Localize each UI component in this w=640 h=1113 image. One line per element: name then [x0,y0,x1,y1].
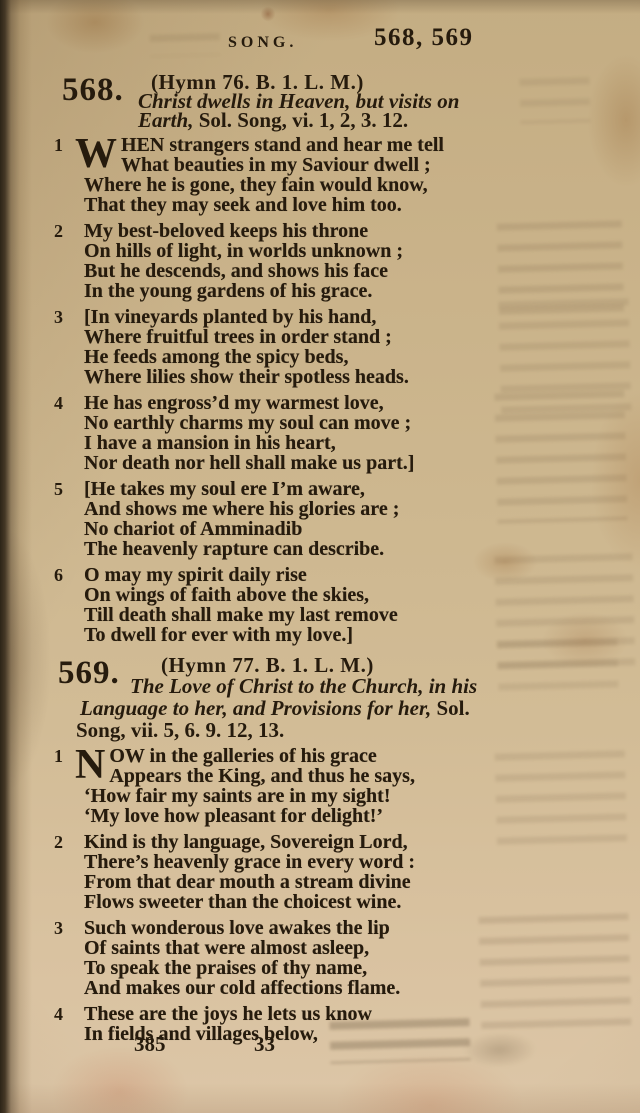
signature-mark: 33 [254,1032,275,1057]
verse-line: And shows me where his glories are ; [84,499,640,519]
verse-body: Such wonderous love awakes the lipOf sai… [84,918,640,998]
verse-number: 4 [54,393,84,473]
drop-cap: N [75,747,105,784]
verse-line: And makes our cold affections flame. [84,978,640,998]
verse-line: Where he is gone, they fain would know, [84,175,640,195]
verse-line: [In vineyards planted by his hand, [84,307,640,327]
title-roman: Song, vii. 5, 6. 9. 12, 13. [76,718,284,742]
title-italic: Earth, [138,108,193,132]
title-italic: The Love of Christ to the Church, in his [130,674,477,698]
hymn-title-line: Earth, Sol. Song, vi. 1, 2, 3. 12. [138,111,640,130]
verse-line: He feeds among the spicy beds, [84,347,640,367]
verse-body: [In vineyards planted by his hand,Where … [84,307,640,387]
hymn-569-verses: 1NOW in the galleries of his graceAppear… [0,746,640,1044]
running-head: SONG. 568, 569 [0,0,640,60]
verse-line: I have a mansion in his heart, [84,433,640,453]
verse-line: On wings of faith above the skies, [84,585,640,605]
verse-line: Till death shall make my last remove [84,605,640,625]
verse-line: HEN strangers stand and hear me tell [84,135,640,155]
verse-line: Nor death nor hell shall make us part.] [84,453,640,473]
verse-line: ‘How fair my saints are in my sight! [84,786,640,806]
verse-line: OW in the galleries of his grace [84,746,640,766]
hymn-number: 568. [62,75,124,105]
verse-line: ‘My love how pleasant for delight!’ [84,806,640,826]
verse: 1NOW in the galleries of his graceAppear… [54,746,640,826]
hymn-number-range: 568, 569 [374,24,474,52]
verse-number: 3 [54,307,84,387]
verse-number: 6 [54,565,84,645]
verse: 1WHEN strangers stand and hear me tellWh… [54,135,640,215]
verse-number: 5 [54,479,84,559]
verse-line: To speak the praises of thy name, [84,958,640,978]
verse-line: What beauties in my Saviour dwell ; [84,155,640,175]
verse-line: From that dear mouth a stream divine [84,872,640,892]
verse-number: 2 [54,221,84,301]
verse-line: That they may seek and love him too. [84,195,640,215]
hymn-meta: (Hymn 77. B. 1. L. M.) [161,655,640,675]
hymn-568: 568. (Hymn 76. B. 1. L. M.) Christ dwell… [0,72,640,645]
verse-line: Appears the King, and thus he says, [84,766,640,786]
drop-cap: W [75,136,117,173]
verse-line: No earthly charms my soul can move ; [84,413,640,433]
verse-body: NOW in the galleries of his graceAppears… [84,746,640,826]
verse-line: Of saints that were almost asleep, [84,938,640,958]
title-italic: Language to her, and Provisions for her, [80,696,431,720]
title-roman: Sol. [431,696,470,720]
verse-body: WHEN strangers stand and hear me tellWha… [84,135,640,215]
hymn-568-verses: 1WHEN strangers stand and hear me tellWh… [0,135,640,645]
hymn-569-heading: 569. (Hymn 77. B. 1. L. M.) The Love of … [0,655,640,741]
verse-line: No chariot of Amminadib [84,519,640,539]
verse: 4He has engross’d my warmest love,No ear… [54,393,640,473]
hymn-568-heading: 568. (Hymn 76. B. 1. L. M.) Christ dwell… [0,72,640,130]
page-footer: 385 33 [0,1032,640,1068]
verse-line: There’s heavenly grace in every word : [84,852,640,872]
verse-line: On hills of light, in worlds unknown ; [84,241,640,261]
verse-body: Kind is thy language, Sovereign Lord,The… [84,832,640,912]
verse-line: Flows sweeter than the choicest wine. [84,892,640,912]
verse: 2Kind is thy language, Sovereign Lord,Th… [54,832,640,912]
verse-line: Kind is thy language, Sovereign Lord, [84,832,640,852]
verse-line: Where lilies show their spotless heads. [84,367,640,387]
verse-body: My best-beloved keeps his throneOn hills… [84,221,640,301]
hymn-title-line: Language to her, and Provisions for her,… [80,697,640,719]
verse-line: These are the joys he lets us know [84,1004,640,1024]
verse-line: To dwell for ever with my love.] [84,625,640,645]
verse: 2My best-beloved keeps his throneOn hill… [54,221,640,301]
verse-line: O may my spirit daily rise [84,565,640,585]
book-page-scan: SONG. 568, 569 568. (Hymn 76. B. 1. L. M… [0,0,640,1113]
hymn-569: 569. (Hymn 77. B. 1. L. M.) The Love of … [0,655,640,1044]
verse-body: O may my spirit daily riseOn wings of fa… [84,565,640,645]
page-number: 385 [134,1032,166,1057]
verse: 6O may my spirit daily riseOn wings of f… [54,565,640,645]
page-content: SONG. 568, 569 568. (Hymn 76. B. 1. L. M… [0,0,640,1068]
verse: 5[He takes my soul ere I’m aware,And sho… [54,479,640,559]
hymn-title-line: The Love of Christ to the Church, in his [130,675,640,697]
running-title: SONG. [228,34,297,52]
verse-number: 2 [54,832,84,912]
verse-line: In the young gardens of his grace. [84,281,640,301]
verse-number: 3 [54,918,84,998]
verse-line: Such wonderous love awakes the lip [84,918,640,938]
hymn-number: 569. [58,658,120,688]
verse-line: The heavenly rapture can describe. [84,539,640,559]
verse-line: My best-beloved keeps his throne [84,221,640,241]
verse: 3[In vineyards planted by his hand,Where… [54,307,640,387]
verse-line: [He takes my soul ere I’m aware, [84,479,640,499]
verse-body: He has engross’d my warmest love,No eart… [84,393,640,473]
verse-body: [He takes my soul ere I’m aware,And show… [84,479,640,559]
hymn-title-line: Song, vii. 5, 6. 9. 12, 13. [76,719,640,741]
verse-line: He has engross’d my warmest love, [84,393,640,413]
verse-line: Where fruitful trees in order stand ; [84,327,640,347]
title-roman: Sol. Song, vi. 1, 2, 3. 12. [193,108,408,132]
verse-line: But he descends, and shows his face [84,261,640,281]
verse: 3Such wonderous love awakes the lipOf sa… [54,918,640,998]
